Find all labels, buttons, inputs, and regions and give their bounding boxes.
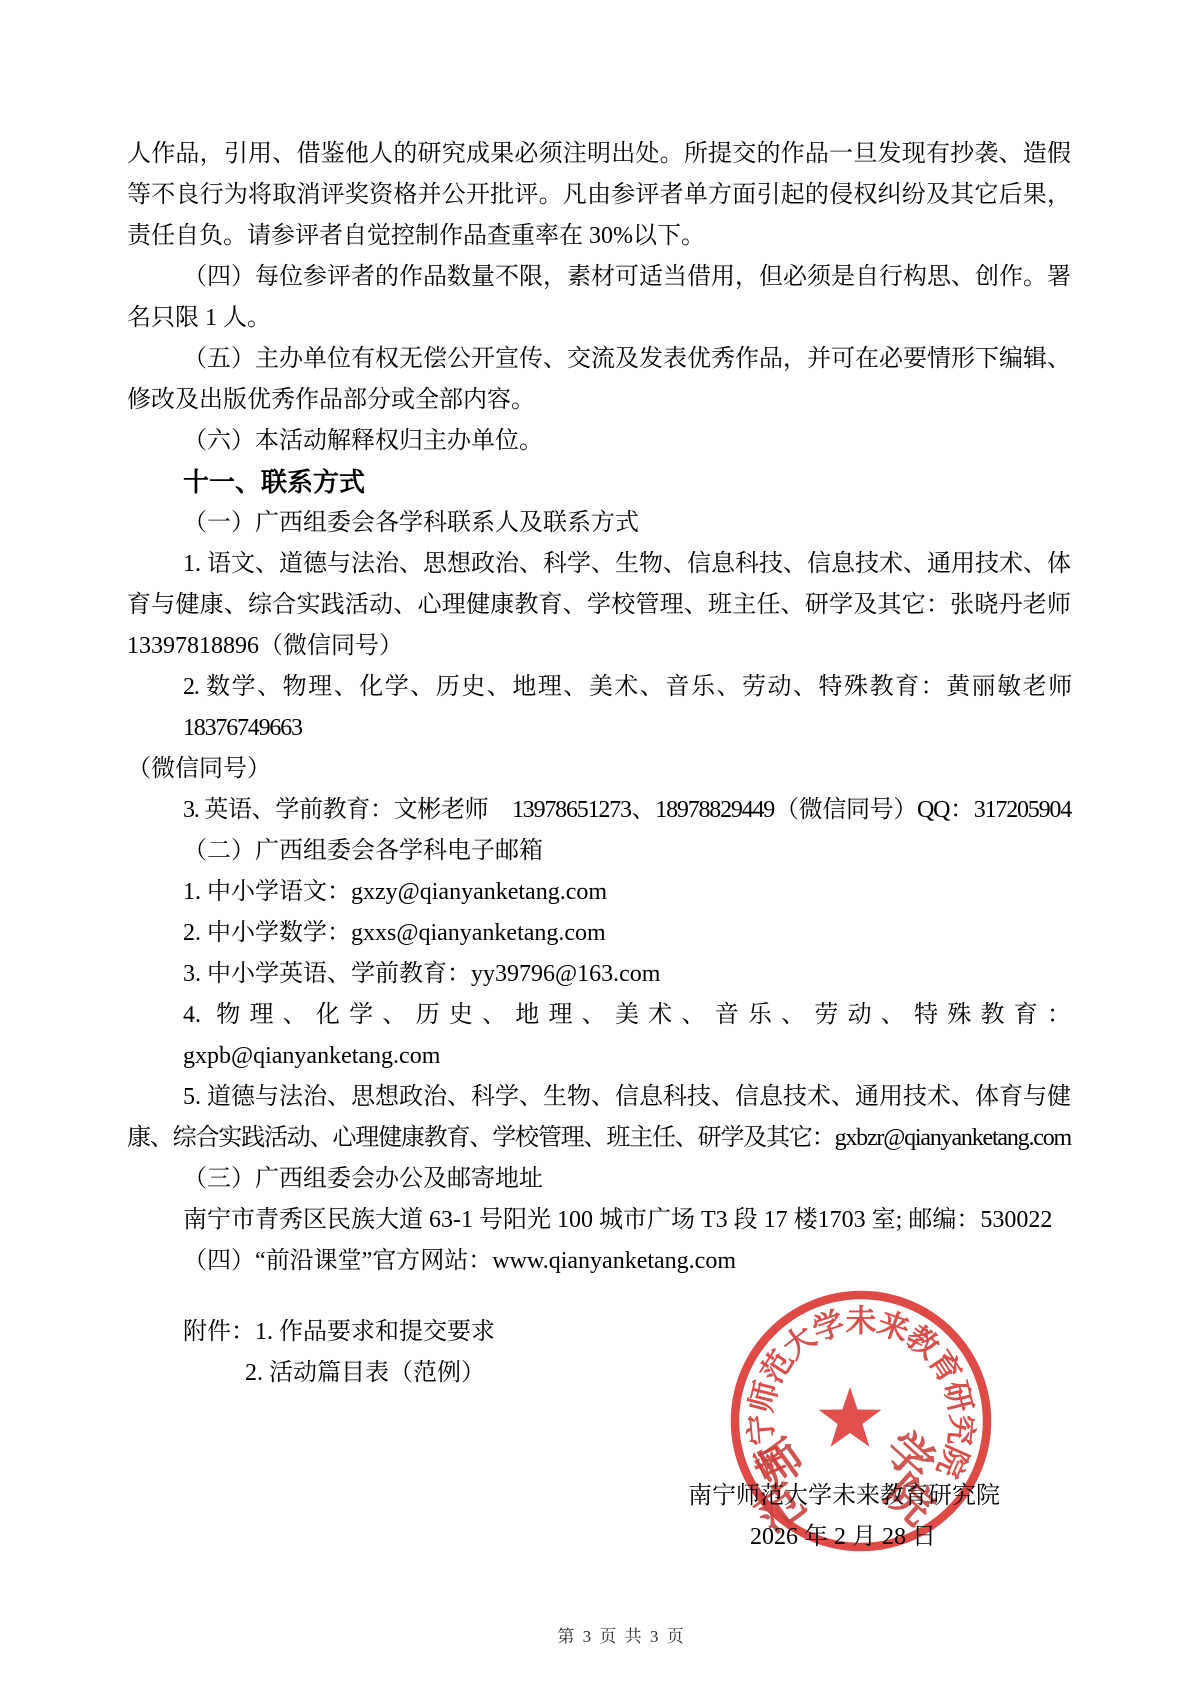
text-line: 等不良行为将取消评奖资格并公开批评。凡由参评者单方面引起的侵权纠纷及其它后果， bbox=[127, 175, 1071, 216]
text-line: 附件：1. 作品要求和提交要求 bbox=[127, 1312, 1071, 1353]
text-line: 1. 语文、道德与法治、思想政治、科学、生物、信息科技、信息技术、通用技术、体 bbox=[127, 544, 1071, 585]
text-line: 5. 道德与法治、思想政治、科学、生物、信息科技、信息技术、通用技术、体育与健 bbox=[127, 1077, 1071, 1118]
text-line: 人作品，引用、借鉴他人的研究成果必须注明出处。所提交的作品一旦发现有抄袭、造假 bbox=[127, 134, 1071, 175]
text-line: 4. 物理、化学、历史、地理、美术、音乐、劳动、特殊教育：gxpb@qianya… bbox=[127, 995, 1071, 1077]
text-line: （四）“前沿课堂”官方网站：www.qianyanketang.com bbox=[127, 1241, 1071, 1282]
text-line: 十一、联系方式 bbox=[127, 462, 1071, 503]
text-line: 2. 活动篇目表（范例） bbox=[127, 1353, 1071, 1394]
page-number-footer: 第 3 页 共 3 页 bbox=[26, 1622, 1191, 1647]
text-line: （微信同号） bbox=[127, 749, 1071, 790]
document-page: { "page": { "background": "#ffffff", "te… bbox=[0, 0, 1191, 1684]
text-line: （四）每位参评者的作品数量不限，素材可适当借用，但必须是自行构思、创作。署 bbox=[127, 257, 1071, 298]
text-line: （一）广西组委会各学科联系人及联系方式 bbox=[127, 503, 1071, 544]
text-line: （六）本活动解释权归主办单位。 bbox=[127, 421, 1071, 462]
text-line: 修改及出版优秀作品部分或全部内容。 bbox=[127, 380, 1071, 421]
text-line: 13397818896（微信同号） bbox=[127, 626, 1071, 667]
text-line: 2. 数学、物理、化学、历史、地理、美术、音乐、劳动、特殊教育：黄丽敏老师 18… bbox=[127, 667, 1071, 749]
text-line: 南宁师范大学未来教育研究院 bbox=[127, 1476, 1071, 1517]
text-line: 2026 年 2 月 28 日 bbox=[127, 1517, 1071, 1558]
text-line: 1. 中小学语文：gxzy@qianyanketang.com bbox=[127, 872, 1071, 913]
text-line: （三）广西组委会办公及邮寄地址 bbox=[127, 1159, 1071, 1200]
text-line: 3. 英语、学前教育：文彬老师 13978651273、18978829449（… bbox=[127, 790, 1071, 831]
text-line: 南宁市青秀区民族大道 63-1 号阳光 100 城市广场 T3 段 17 楼17… bbox=[127, 1200, 1071, 1241]
text-line: 2. 中小学数学：gxxs@qianyanketang.com bbox=[127, 913, 1071, 954]
text-line: （五）主办单位有权无偿公开宣传、交流及发表优秀作品，并可在必要情形下编辑、 bbox=[127, 339, 1071, 380]
text-line: 责任自负。请参评者自觉控制作品查重率在 30%以下。 bbox=[127, 216, 1071, 257]
text-line: 康、综合实践活动、心理健康教育、学校管理、班主任、研学及其它：gxbzr@qia… bbox=[127, 1118, 1071, 1159]
text-line: 育与健康、综合实践活动、心理健康教育、学校管理、班主任、研学及其它：张晓丹老师 bbox=[127, 585, 1071, 626]
document-body: 人作品，引用、借鉴他人的研究成果必须注明出处。所提交的作品一旦发现有抄袭、造假等… bbox=[127, 122, 1071, 1558]
text-line: （二）广西组委会各学科电子邮箱 bbox=[127, 831, 1071, 872]
text-line: 3. 中小学英语、学前教育：yy39796@163.com bbox=[127, 954, 1071, 995]
text-line: 名只限 1 人。 bbox=[127, 298, 1071, 339]
